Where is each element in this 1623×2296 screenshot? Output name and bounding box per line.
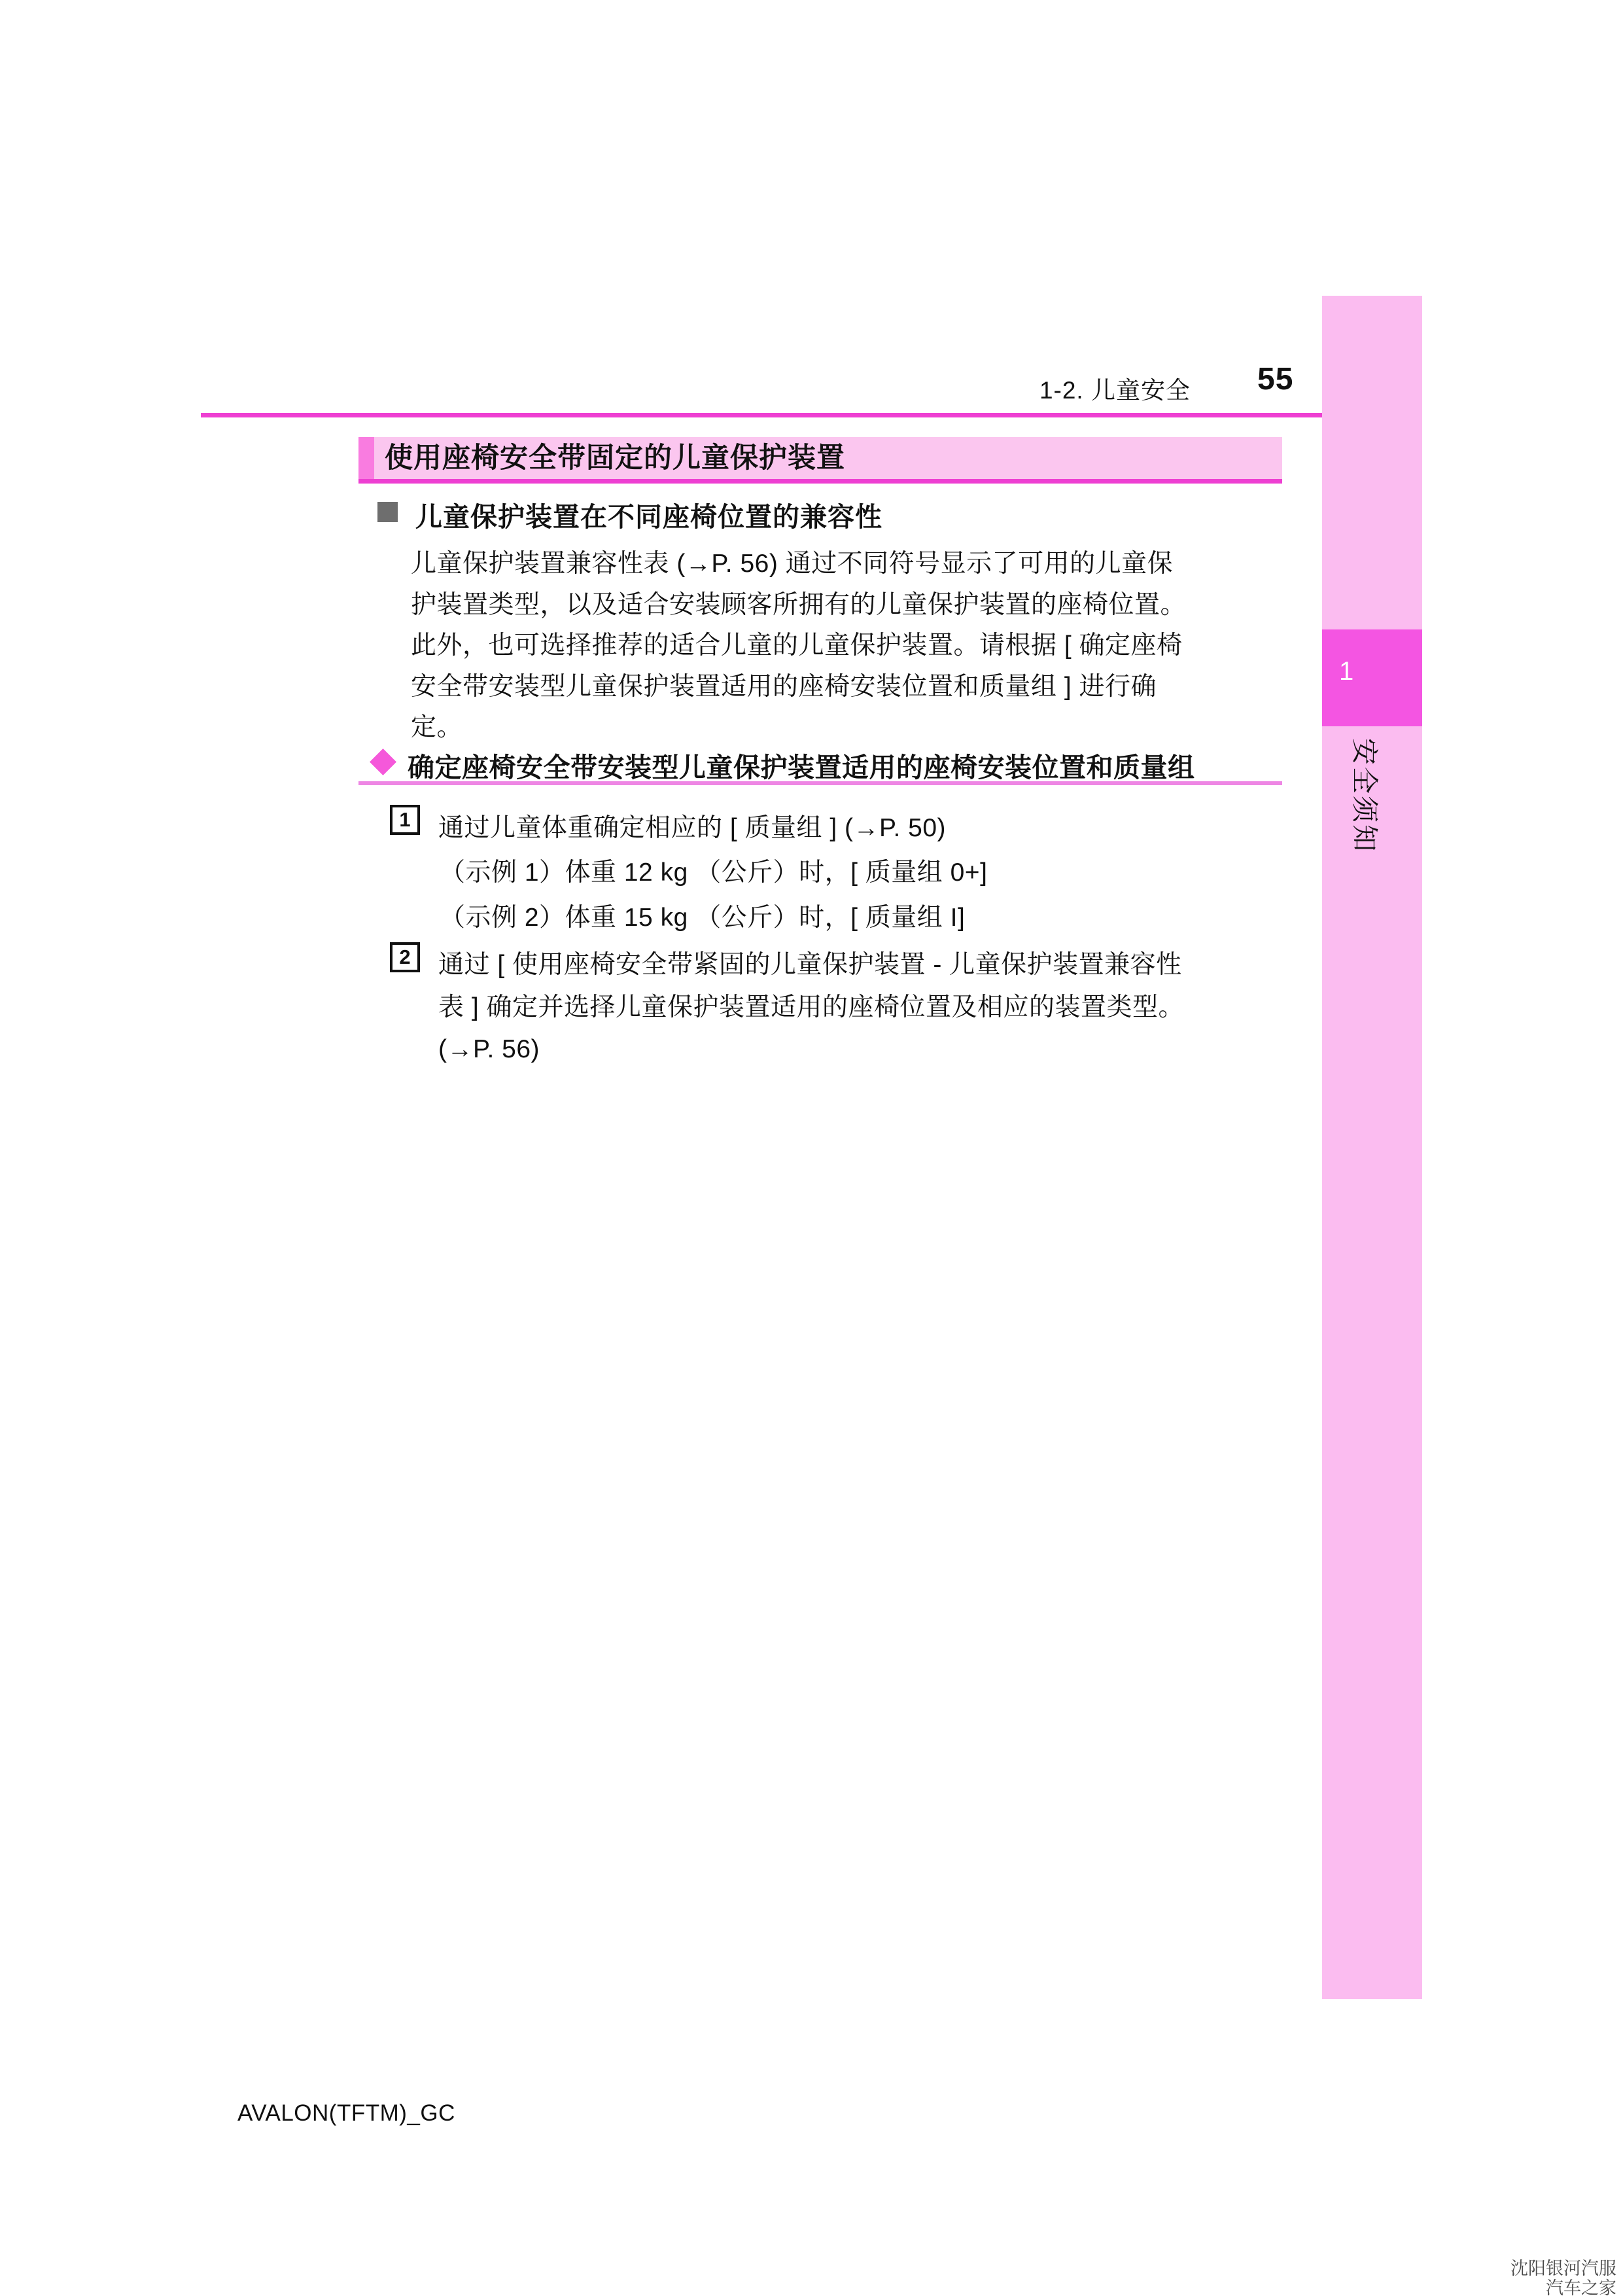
paragraph-line: 安全带安装型儿童保护装置适用的座椅安装位置和质量组 ] 进行确: [411, 667, 1287, 708]
footer-model-code: AVALON(TFTM)_GC: [237, 2100, 455, 2127]
chapter-sidebar: 1 安全须知: [1322, 296, 1422, 1999]
paragraph-line: 儿童保护装置兼容性表 (→P. 56) 通过不同符号显示了可用的儿童保: [411, 544, 1287, 585]
step-2-line: (→P. 56): [438, 1029, 1289, 1071]
paragraph-line: 此外，也可选择推荐的适合儿童的儿童保护装置。请根据 [ 确定座椅: [411, 626, 1287, 667]
step-2-text: 通过 [ 使用座椅安全带紧固的儿童保护装置 - 儿童保护装置兼容性 表 ] 确定…: [438, 944, 1289, 1071]
manual-page: { "header": { "breadcrumb": "1-2. 儿童安全",…: [0, 0, 1623, 2296]
watermark-line-1: 沈阳银河汽服: [1510, 2259, 1616, 2278]
paragraph-line: 护装置类型，以及适合安装顾客所拥有的儿童保护装置的座椅位置。: [411, 585, 1287, 626]
procedure-heading-underline: [358, 781, 1282, 785]
compat-heading: 儿童保护装置在不同座椅位置的兼容性: [415, 495, 882, 534]
watermark: 沈阳银河汽服 汽车之家: [1510, 2259, 1616, 2296]
chapter-label: 安全须知: [1322, 738, 1422, 895]
step-1-number-box: 1: [390, 805, 420, 835]
paragraph-line: 定。: [411, 707, 1287, 749]
step-1-text: 通过儿童体重确定相应的 [ 质量组 ] (→P. 50): [438, 807, 946, 844]
procedure-heading: 确定座椅安全带安装型儿童保护装置适用的座椅安装位置和质量组: [408, 746, 1195, 785]
diamond-bullet-icon: [370, 749, 396, 775]
step-2-number-box: 2: [390, 942, 420, 972]
breadcrumb: 1-2. 儿童安全: [890, 370, 1191, 406]
watermark-line-2: 汽车之家: [1510, 2278, 1616, 2296]
step-1-example-1: （示例 1）体重 12 kg （公斤）时，[ 质量组 0+]: [440, 852, 987, 889]
section-title: 使用座椅安全带固定的儿童保护装置: [385, 437, 845, 479]
title-accent-bar: [358, 437, 374, 479]
step-2-line: 通过 [ 使用座椅安全带紧固的儿童保护装置 - 儿童保护装置兼容性: [438, 944, 1289, 987]
header-rule: [201, 413, 1422, 417]
section-title-bar: 使用座椅安全带固定的儿童保护装置: [358, 437, 1282, 484]
chapter-tab: 1: [1322, 629, 1422, 726]
chapter-label-text: 安全须知: [1348, 738, 1386, 853]
step-2-line: 表 ] 确定并选择儿童保护装置适用的座椅位置及相应的装置类型。: [438, 987, 1289, 1029]
compat-paragraph: 儿童保护装置兼容性表 (→P. 56) 通过不同符号显示了可用的儿童保 护装置类…: [411, 544, 1287, 749]
square-bullet-icon: [377, 502, 398, 522]
step-1-example-2: （示例 2）体重 15 kg （公斤）时，[ 质量组 I]: [440, 897, 965, 934]
chapter-number: 1: [1339, 657, 1353, 686]
page-number: 55: [1257, 361, 1293, 397]
